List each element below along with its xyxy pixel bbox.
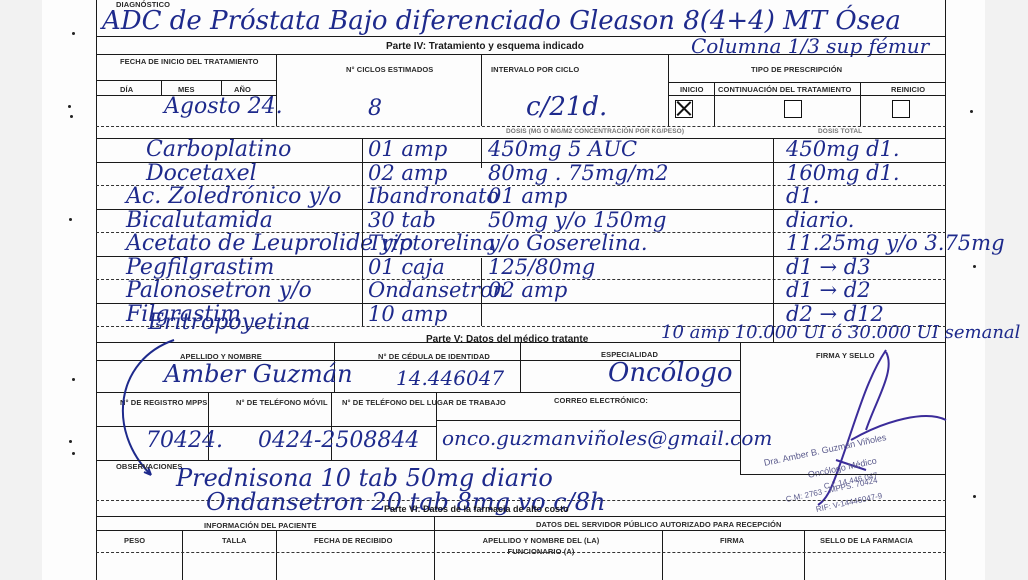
divider xyxy=(96,392,740,393)
medication-presentation: 01 amp xyxy=(368,139,447,160)
patient-info-label: Información del paciente xyxy=(204,521,317,530)
form-border-right xyxy=(945,0,946,580)
start-date-value: Agosto 24. xyxy=(164,96,283,118)
divider xyxy=(434,516,435,580)
pharmacy-stamp-label: Sello de la farmacia xyxy=(820,536,913,545)
divider xyxy=(161,80,162,96)
part6-title: Parte VI: Datos de la farmacia de alto c… xyxy=(384,504,569,514)
divider xyxy=(804,530,805,580)
divider xyxy=(773,138,774,342)
observations-label: Observaciones xyxy=(116,462,182,471)
divider xyxy=(668,95,946,96)
medication-presentation: Ibandronato xyxy=(368,186,499,207)
weight-label: Peso xyxy=(124,536,145,545)
divider xyxy=(860,82,861,126)
doctor-id-value: 14.446047 xyxy=(396,368,504,388)
medication-total: 11.25mg y/o 3.75mg xyxy=(786,233,1005,254)
extra-med-dose: 10 amp 10.000 UI ó 30.000 UI semanal xyxy=(661,324,1020,342)
start-date-label: Fecha de inicio del tratamiento xyxy=(120,57,259,66)
medication-name: Ac. Zoledrónico y/o xyxy=(126,186,341,208)
divider xyxy=(182,530,183,580)
registry-value: 70424. xyxy=(146,430,223,452)
scan-speck xyxy=(970,110,973,113)
total-header: Dosis total xyxy=(818,128,862,135)
divider xyxy=(436,420,740,421)
cycles-label: N° ciclos estimados xyxy=(346,65,433,74)
part5-title: Parte V: Datos del médico tratante xyxy=(426,334,588,345)
medication-presentation: 30 tab xyxy=(368,210,436,231)
medication-name: Pegfilgrastim xyxy=(126,257,274,279)
divider xyxy=(668,54,669,126)
medication-dose: 125/80mg xyxy=(488,257,595,278)
scan-margin-right xyxy=(985,0,1028,580)
medication-dose: 02 amp xyxy=(488,280,567,301)
divider xyxy=(481,54,482,126)
prescription-type-label: Tipo de prescripción xyxy=(751,65,842,74)
divider xyxy=(362,138,363,326)
part4-title: Parte IV: Tratamiento y esquema indicado xyxy=(386,41,584,52)
option-continuacion-label: Continuación del tratamiento xyxy=(718,85,852,94)
divider xyxy=(740,342,741,474)
prescription-form: Diagnóstico ADC de Próstata Bajo diferen… xyxy=(96,0,946,580)
option-inicio-label: Inicio xyxy=(680,85,704,94)
medication-name: Carboplatino xyxy=(146,139,291,161)
day-label: Día xyxy=(120,85,133,94)
divider xyxy=(96,426,436,427)
interval-value: c/21d. xyxy=(526,94,607,120)
checkbox-reinicio[interactable] xyxy=(892,100,910,118)
official-name-label: Apellido y nombre del (la) funcionario (… xyxy=(476,535,606,557)
scan-speck xyxy=(973,265,976,268)
medication-total: 450mg d1. xyxy=(786,139,900,160)
medication-total: diario. xyxy=(786,210,854,231)
divider xyxy=(96,54,946,55)
server-title: Datos del servidor público autorizado pa… xyxy=(536,520,782,529)
divider xyxy=(276,530,277,580)
medication-name: Bicalutamida xyxy=(126,210,273,232)
checkbox-inicio[interactable] xyxy=(675,100,693,118)
mobile-label: N° de teléfono móvil xyxy=(236,398,328,407)
email-label: Correo electrónico: xyxy=(554,396,648,405)
work-phone-label: N° de teléfono del lugar de trabajo xyxy=(342,398,506,407)
divider xyxy=(481,138,482,168)
divider xyxy=(96,516,946,517)
divider xyxy=(668,82,946,83)
divider xyxy=(96,126,946,127)
extra-med-name: Eritropoyetina xyxy=(148,312,310,334)
medication-presentation: Triptorelina xyxy=(368,233,495,254)
medication-name: Palonosetron y/o xyxy=(126,280,312,302)
scan-speck xyxy=(72,378,75,381)
scan-speck xyxy=(72,452,75,455)
diagnosis-value-line1: ADC de Próstata Bajo diferenciado Gleaso… xyxy=(102,8,901,34)
medication-total: 160mg d1. xyxy=(786,163,900,184)
divider xyxy=(520,342,521,392)
divider xyxy=(662,530,663,580)
divider xyxy=(96,80,276,81)
medication-dose: 01 amp xyxy=(488,186,567,207)
scan-speck xyxy=(69,218,72,221)
medication-dose: 50mg y/o 150mg xyxy=(488,210,666,231)
specialty-value: Oncólogo xyxy=(608,360,733,386)
mobile-value: 0424-2508844 xyxy=(258,430,419,452)
medication-dose: 450mg 5 AUC xyxy=(488,139,637,160)
divider xyxy=(96,530,946,531)
observations-line1: Prednisona 10 tab 50mg diario xyxy=(176,466,553,490)
server-signature-label: Firma xyxy=(720,536,744,545)
scan-speck xyxy=(69,440,72,443)
year-label: Año xyxy=(234,85,251,94)
divider xyxy=(714,82,715,126)
medication-total: d1. xyxy=(786,186,819,207)
medication-presentation: 01 caja xyxy=(368,257,445,278)
email-value: onco.guzmanviñoles@gmail.com xyxy=(442,428,772,448)
doctor-name-value: Amber Guzmán xyxy=(164,362,353,386)
scan-speck xyxy=(70,115,73,118)
divider xyxy=(436,392,437,460)
interval-label: Intervalo por ciclo xyxy=(491,65,579,74)
month-label: Mes xyxy=(178,85,195,94)
option-reinicio-label: Reinicio xyxy=(891,85,925,94)
medication-total: d1 → d2 xyxy=(786,280,871,301)
scan-speck xyxy=(72,32,75,35)
medication-name: Docetaxel xyxy=(146,163,257,185)
received-date-label: Fecha de recibido xyxy=(314,536,393,545)
medication-total: d1 → d3 xyxy=(786,257,871,278)
medication-presentation: Ondansetron xyxy=(368,280,506,301)
dose-header: Dosis (mg o mg/m2 concentración por kg/p… xyxy=(506,128,684,135)
medication-presentation: 10 amp xyxy=(368,304,447,325)
scan-speck xyxy=(973,495,976,498)
medication-dose: 80mg . 75mg/m2 xyxy=(488,163,669,184)
diagnosis-value-line2: Columna 1/3 sup fémur xyxy=(691,36,929,56)
divider xyxy=(481,258,482,326)
cycles-value: 8 xyxy=(368,98,382,120)
divider xyxy=(96,552,946,553)
scan-speck xyxy=(68,105,71,108)
form-border-left xyxy=(96,0,97,580)
signature-label: Firma y sello xyxy=(816,351,875,360)
divider xyxy=(740,474,946,475)
registry-label: N° de registro MPPS xyxy=(120,398,207,407)
medication-dose: y/o Goserelina. xyxy=(488,233,648,254)
medication-presentation: 02 amp xyxy=(368,163,447,184)
height-label: Talla xyxy=(222,536,247,545)
checkbox-continuacion[interactable] xyxy=(784,100,802,118)
scan-margin-left xyxy=(0,0,42,580)
divider xyxy=(96,460,740,461)
